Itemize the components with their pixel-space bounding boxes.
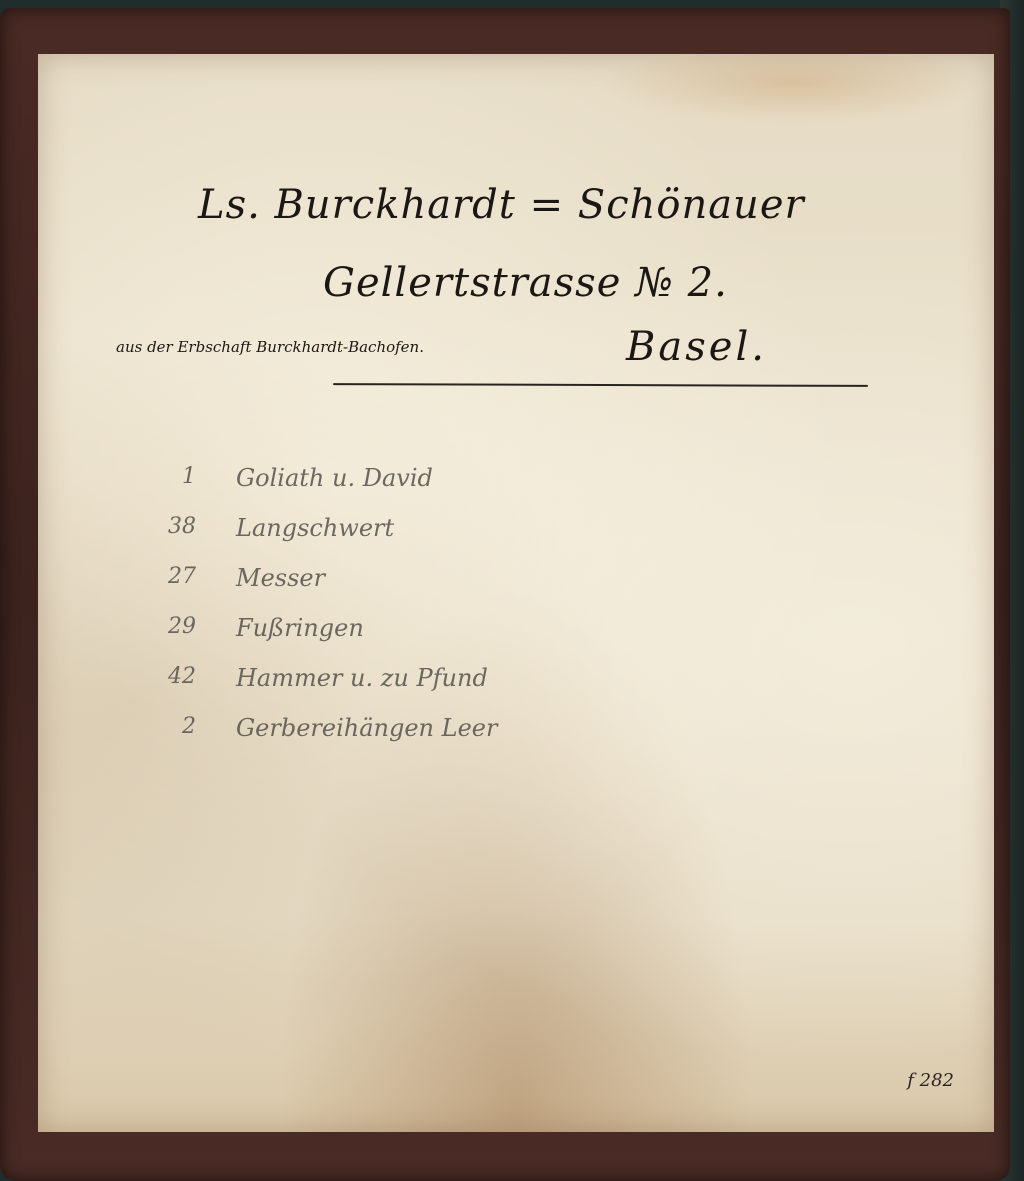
owner-name: Ls. Burckhardt = Schönauer [198,182,805,228]
item-text: Fußringen [236,614,364,642]
item-number: 42 [146,664,196,689]
item-number: 38 [146,514,196,539]
item-number: 1 [146,464,196,489]
item-number: 27 [146,564,196,589]
underline-rule [333,383,868,387]
folio-mark: f 282 [907,1070,954,1091]
item-number: 29 [146,614,196,639]
item-text: Messer [236,564,325,592]
item-number: 2 [146,714,196,739]
item-text: Langschwert [236,514,394,542]
leather-cover: Ls. Burckhardt = Schönauer Gellertstrass… [0,8,1010,1181]
item-text: Hammer u. zu Pfund [236,664,488,692]
inheritance-note: aus der Erbschaft Burckhardt-Bachofen. [116,338,424,356]
city-name: Basel. [626,324,767,370]
item-text: Gerbereihängen Leer [236,714,497,742]
endpaper-page: Ls. Burckhardt = Schönauer Gellertstrass… [38,54,994,1132]
paper-stain [598,54,988,124]
item-text: Goliath u. David [236,464,433,492]
street-address: Gellertstrasse № 2. [323,260,728,306]
